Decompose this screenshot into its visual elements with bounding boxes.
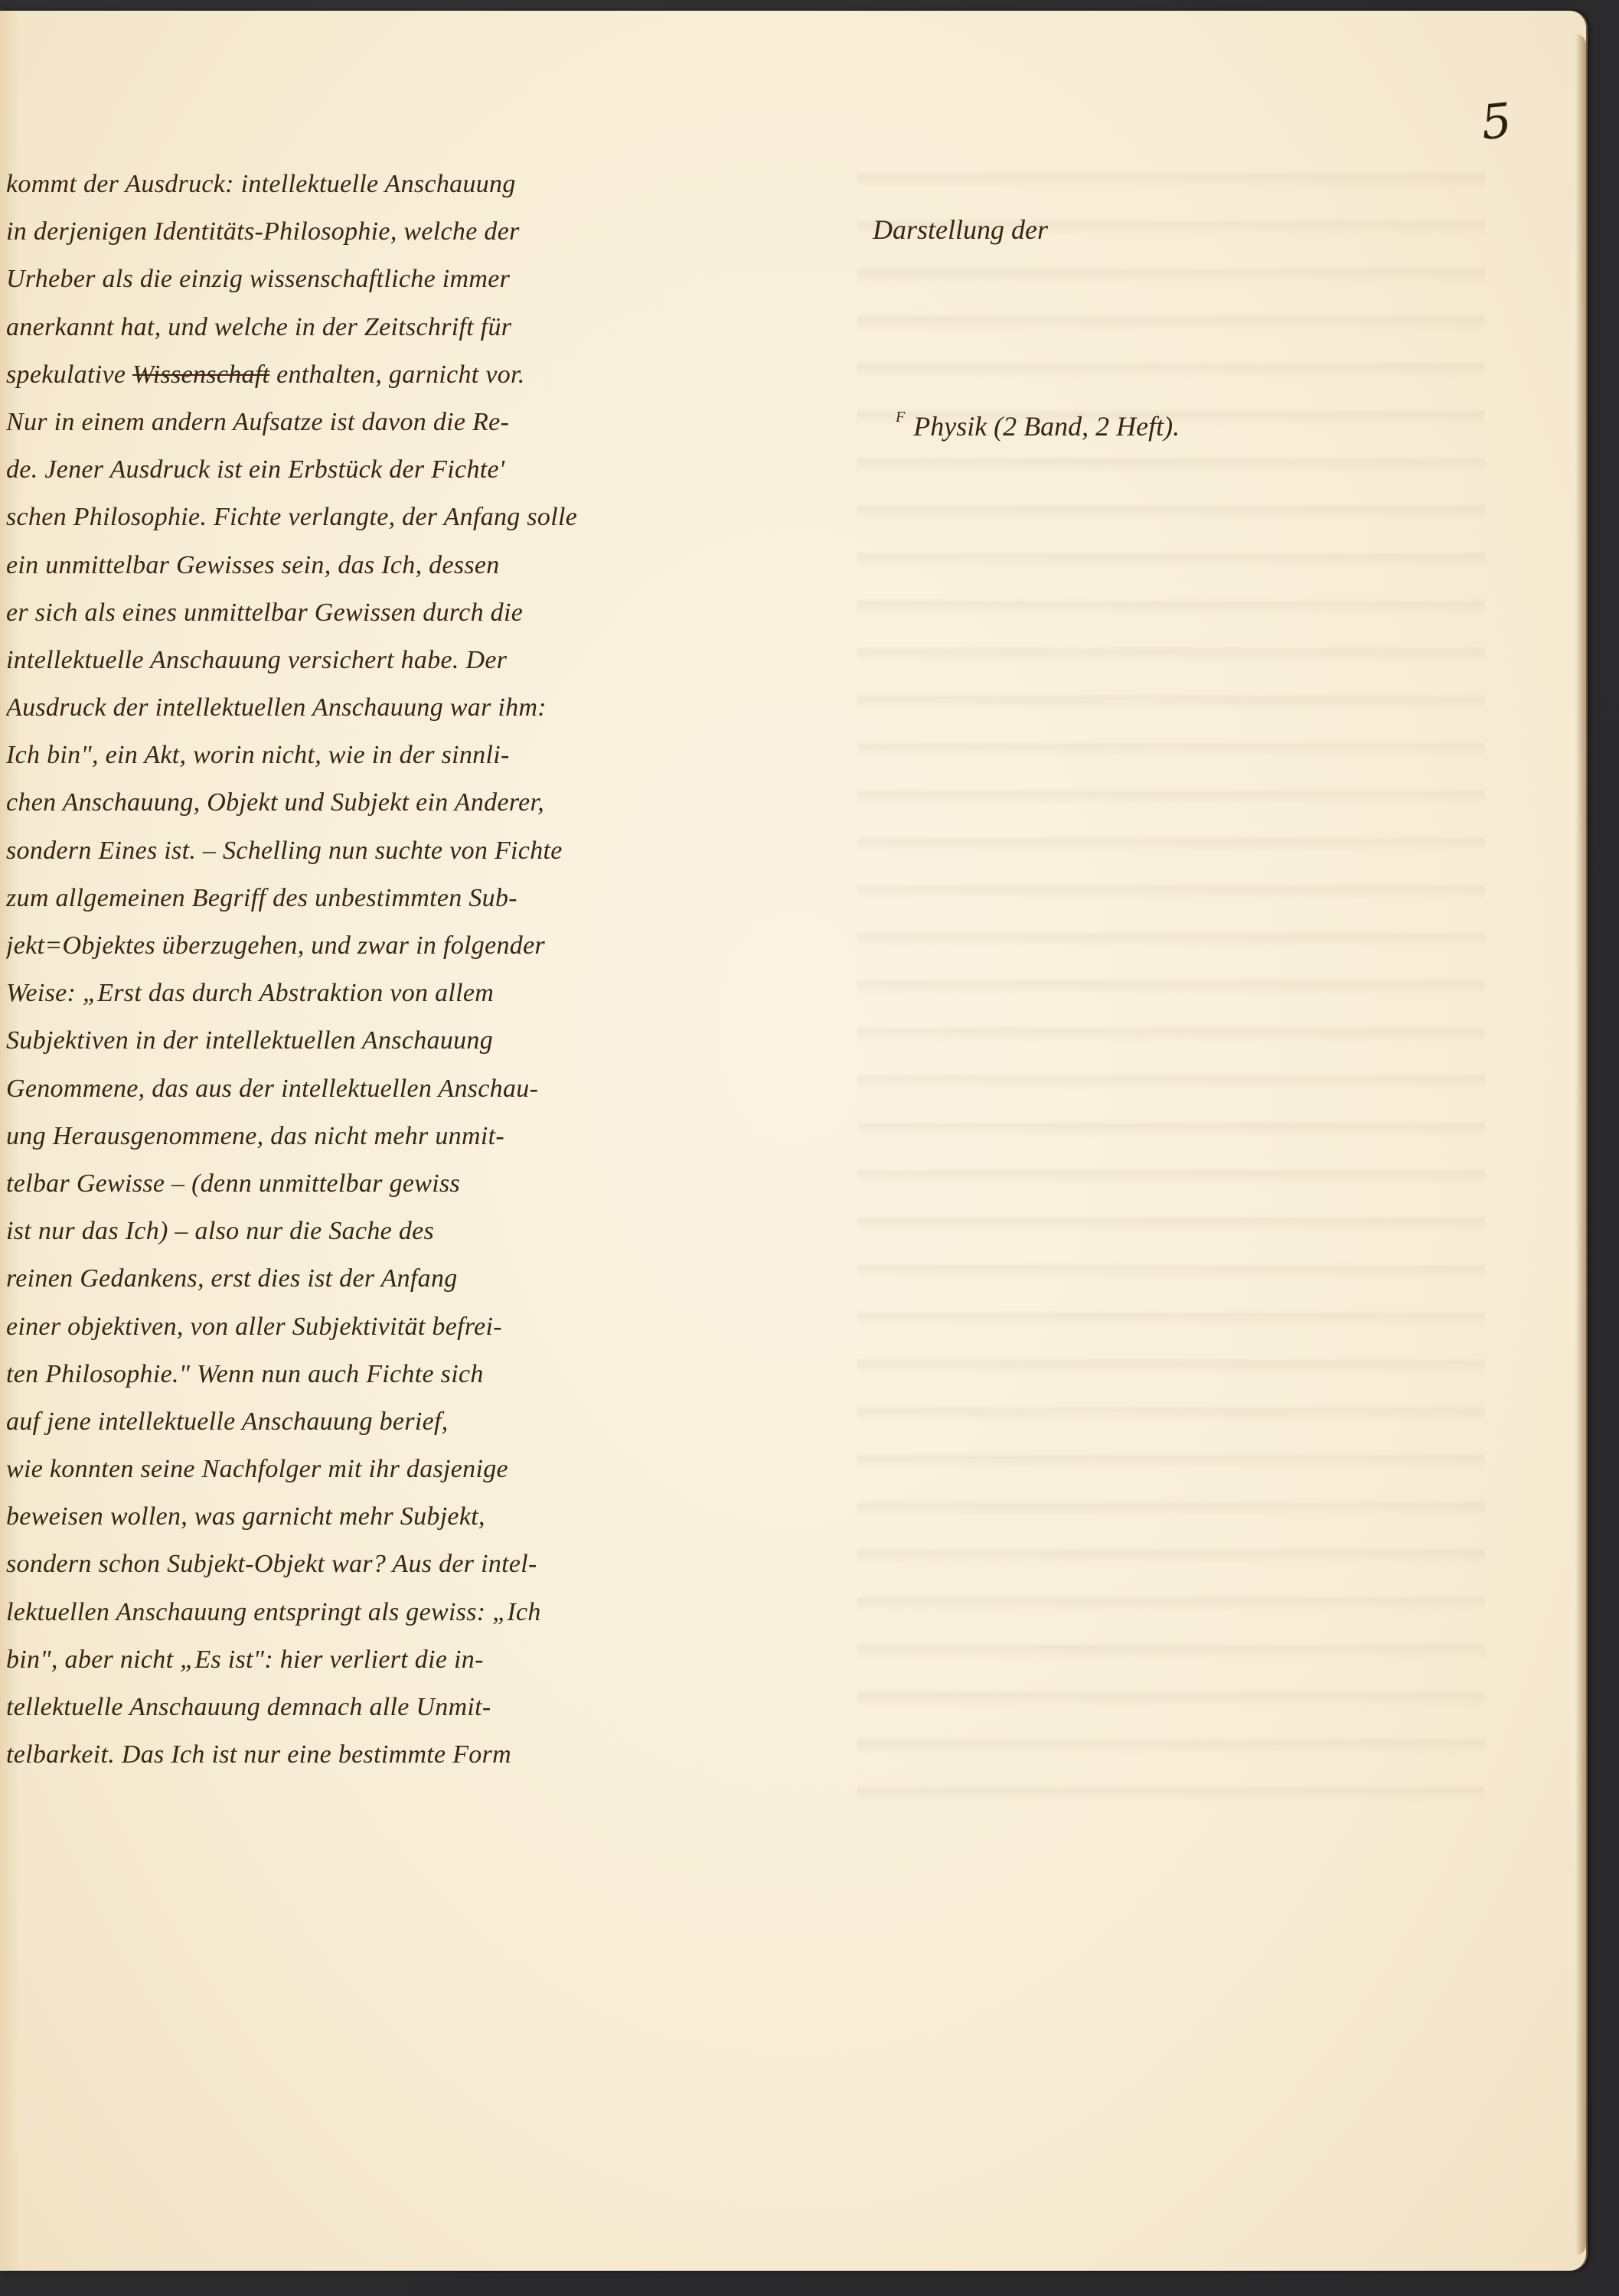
text-line: sondern Eines ist. – Schelling nun sucht… <box>6 827 802 875</box>
margin-note-darstellung: Darstellung der <box>873 214 1048 246</box>
text-line: Subjektiven in der intellektuellen Ansch… <box>6 1017 802 1065</box>
text-line: lektuellen Anschauung entspringt als gew… <box>6 1589 802 1636</box>
text-line: kommt der Ausdruck: intellektuelle Ansch… <box>6 161 802 208</box>
text-line: ein unmittelbar Gewisses sein, das Ich, … <box>6 542 802 589</box>
text-line-with-strikethrough: spekulative Wissenschaft enthalten, garn… <box>6 351 802 399</box>
text-line: Genommene, das aus der intellektuellen A… <box>6 1065 802 1113</box>
margin-notes-column: Darstellung der F Physik (2 Band, 2 Heft… <box>865 11 1447 2271</box>
text-line: bin", aber nicht „Es ist": hier verliert… <box>6 1636 802 1684</box>
main-text-column: kommt der Ausdruck: intellektuelle Ansch… <box>6 161 802 1779</box>
text-line: er sich als eines unmittelbar Gewissen d… <box>6 589 802 637</box>
text-line: in derjenigen Identitäts-Philosophie, we… <box>6 208 802 256</box>
text-line: beweisen wollen, was garnicht mehr Subje… <box>6 1493 802 1541</box>
text-line: tellektuelle Anschauung demnach alle Unm… <box>6 1684 802 1731</box>
text-line: auf jene intellektuelle Anschauung berie… <box>6 1398 802 1446</box>
text-line: ist nur das Ich) – also nur die Sache de… <box>6 1208 802 1255</box>
text-line: telbarkeit. Das Ich ist nur eine bestimm… <box>6 1731 802 1779</box>
text-line: Weise: „Erst das durch Abstraktion von a… <box>6 970 802 1017</box>
margin-note-text: Physik (2 Band, 2 Heft). <box>913 411 1180 442</box>
page-number: 5 <box>1478 92 1514 151</box>
text-line: jekt=Objektes überzugehen, und zwar in f… <box>6 922 802 970</box>
manuscript-page: 5 kommt der Ausdruck: intellektuelle Ans… <box>0 11 1586 2271</box>
text-line: wie konnten seine Nachfolger mit ihr das… <box>6 1446 802 1493</box>
text-line: zum allgemeinen Begriff des unbestimmten… <box>6 875 802 922</box>
text-line: sondern schon Subjekt-Objekt war? Aus de… <box>6 1541 802 1588</box>
text-line: einer objektiven, von aller Subjektivitä… <box>6 1303 802 1351</box>
text-line: Ausdruck der intellektuellen Anschauung … <box>6 684 802 732</box>
line-text: in derjenigen Identitäts-Philosophie, we… <box>6 217 520 246</box>
insertion-mark: F <box>896 409 905 426</box>
margin-note-physik: F Physik (2 Band, 2 Heft). <box>896 409 1180 442</box>
text-line: Urheber als die einzig wissenschaftliche… <box>6 256 802 303</box>
text-line: schen Philosophie. Fichte verlangte, der… <box>6 494 802 541</box>
text-line: anerkannt hat, und welche in der Zeitsch… <box>6 304 802 351</box>
text-line: reinen Gedankens, erst dies ist der Anfa… <box>6 1255 802 1303</box>
margin-note-text: Darstellung der <box>873 214 1048 245</box>
text-line: ung Herausgenommene, das nicht mehr unmi… <box>6 1113 802 1160</box>
struck-word: Wissenschaft <box>132 360 269 389</box>
text-line: Ich bin", ein Akt, worin nicht, wie in d… <box>6 732 802 779</box>
text-line: chen Anschauung, Objekt und Subjekt ein … <box>6 779 802 827</box>
text-line: ten Philosophie." Wenn nun auch Fichte s… <box>6 1351 802 1398</box>
text-line: de. Jener Ausdruck ist ein Erbstück der … <box>6 446 802 494</box>
text-line: intellektuelle Anschauung versichert hab… <box>6 637 802 684</box>
text-line: telbar Gewisse – (denn unmittelbar gewis… <box>6 1160 802 1208</box>
text-line: Nur in einem andern Aufsatze ist davon d… <box>6 399 802 446</box>
